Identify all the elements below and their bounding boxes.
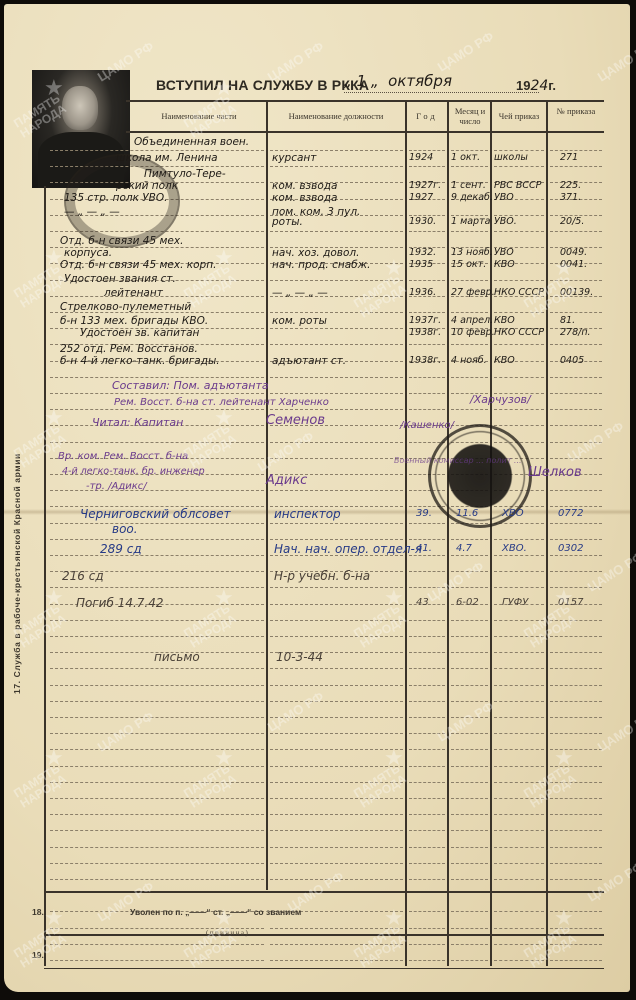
ruled-line [550,928,602,929]
ruled-line [494,847,544,848]
table-bottom-rule [44,968,604,969]
star-watermark-icon: ★ [214,586,234,611]
ruled-line [270,830,403,831]
later-entry-unit: воо. [112,522,138,536]
later-entry-order-by: ХВО [502,507,524,521]
read-by-name: /Кашенко/ [400,419,454,433]
entry-month-day: 10 февр. [451,326,495,340]
ruled-line [494,344,544,345]
ruled-line [50,717,264,718]
later-entry-unit: 289 сд [100,542,142,556]
ruled-line [50,393,264,394]
section-18-rule [44,891,604,893]
star-watermark-icon: ★ [214,246,234,271]
ruled-line [451,960,488,961]
ruled-line [270,749,403,750]
ruled-line [409,685,445,686]
compiled-by-line2: Рем. Восст. б-на ст. лейтенант Харченко [114,396,329,410]
ruled-line [50,555,264,556]
entry-order-no: 271 [560,151,578,165]
header-bottom-rule [126,131,604,133]
archive-watermark: ЦАМО РФ [595,38,636,84]
entry-position: роты. [272,215,303,229]
ruled-line [270,328,403,329]
entry-year: 1938г. [409,326,441,340]
ruled-line [270,620,403,621]
ruled-line [50,944,264,945]
col-divider-year [447,100,449,966]
left-margin-line [44,186,46,966]
ruled-line [50,685,264,686]
later-entry-year: 39. [416,507,432,521]
ruled-line [550,280,602,281]
project-watermark: ПАМЯТЬНАРОДА [182,422,239,470]
entry-day: „ 1 „ [344,72,379,90]
ruled-line [451,620,488,621]
ruled-line [50,863,264,864]
watermark-line2: НАРОДА [188,272,238,310]
archive-watermark: ЦАМО РФ [95,708,156,754]
ruled-line [451,652,488,653]
ruled-line [494,879,544,880]
entry-order-no: 371. [560,191,581,205]
ruled-line [409,571,445,572]
ruled-line [50,830,264,831]
read-by-line: Читал: Капитан [92,416,183,430]
commander-line3: -тр. /Адикс/ [86,480,147,494]
col-divider-month [490,100,492,966]
ruled-line [494,425,544,426]
ruled-line [409,782,445,783]
later-entry-unit: Черниговский облсовет [80,507,231,521]
ruled-line [409,766,445,767]
ruled-line [409,312,445,313]
entry-month-day: 1 марта [451,215,490,229]
entry-unit: Удостоен звания ст. [64,272,176,286]
entry-year: 1938г. [409,354,441,368]
ruled-line [270,166,403,167]
ruled-line [270,685,403,686]
entry-month-day: 27 февр. [451,286,495,300]
ruled-line [451,701,488,702]
ruled-line [451,766,488,767]
ruled-line [494,377,544,378]
ruled-line [409,814,445,815]
ruled-line [494,749,544,750]
dismissal-reason-label: (причина) [206,929,249,937]
ruled-line [494,830,544,831]
ruled-line [409,717,445,718]
entry-position: — „ — „ — [272,286,328,300]
compiled-by-line1: Составил: Пом. адъютанта [112,379,269,393]
ruled-line [494,814,544,815]
ruled-line [50,798,264,799]
ruled-line [550,636,602,637]
header-month-day: Месяц и число [450,106,490,126]
ruled-line [550,766,602,767]
ruled-line [494,782,544,783]
ruled-line [409,944,445,945]
watermark-line2: НАРОДА [358,932,408,970]
ruled-line [451,344,488,345]
star-watermark-icon: ★ [384,586,404,611]
watermark-line2: НАРОДА [188,932,238,970]
ruled-line [494,539,544,540]
entry-order-no: 0405 [560,354,584,368]
ruled-line [50,701,264,702]
ruled-line [409,863,445,864]
ruled-line [550,312,602,313]
ruled-line [494,701,544,702]
ruled-line [451,539,488,540]
ruled-line [451,830,488,831]
ruled-line [550,620,602,621]
ruled-line [550,490,602,491]
ruled-line [270,782,403,783]
ruled-line [270,231,403,232]
ruled-line [50,442,264,443]
ruled-line [409,701,445,702]
ruled-line [494,685,544,686]
ruled-line [550,652,602,653]
ruled-line [270,377,403,378]
ruled-line [550,166,602,167]
ruled-line [550,377,602,378]
ruled-line [409,231,445,232]
archive-watermark: ЦАМО РФ [265,688,326,734]
ruled-line [409,166,445,167]
archive-watermark: ЦАМО РФ [435,698,496,744]
watermark-line2: НАРОДА [358,772,408,810]
project-watermark: ПАМЯТЬНАРОДА [522,922,579,970]
ruled-line [270,960,403,961]
entry-order-no: 20/5. [560,215,584,229]
ruled-line [409,847,445,848]
ruled-line [409,539,445,540]
ruled-line [409,749,445,750]
ruled-line [550,717,602,718]
ruled-line [451,668,488,669]
entry-position: курсант [272,151,316,165]
entry-month-day: 1 окт. [451,151,480,165]
ruled-line [494,766,544,767]
stamp-signature: Шелков [528,466,582,480]
entry-unit: 135 стр. полк УВО. [64,191,168,205]
entry-order-by: школы [494,151,528,165]
ruled-line [50,377,264,378]
ruled-line [50,523,264,524]
ruled-line [409,798,445,799]
header-position: Наименование должности [268,111,404,121]
ruled-line [550,539,602,540]
ruled-line [270,344,403,345]
header-unit: Наименование части [134,111,264,121]
ruled-line [550,863,602,864]
ruled-line [270,944,403,945]
later-entry-year: 43 [416,596,429,610]
year-suffix: 24 [530,78,548,94]
ruled-line [270,733,403,734]
ruled-line [409,911,445,912]
ruled-line [494,231,544,232]
header-year: Год [407,111,447,121]
ruled-line [451,280,488,281]
col-divider-position [405,100,407,966]
ruled-line [270,766,403,767]
ruled-line [409,523,445,524]
ruled-line [409,668,445,669]
entry-year: 1930. [409,215,436,229]
later-entry-position: инспектор [274,507,341,521]
ruled-line [494,312,544,313]
ruled-line [270,847,403,848]
ruled-line [50,733,264,734]
ruled-line [550,733,602,734]
later-entry-order-by: ГУФУ [502,596,528,610]
entry-unit: б-н 4-й легко-танк. бригады. [60,354,220,368]
ruled-line [494,668,544,669]
entry-year: 1936. [409,286,436,300]
ruled-line [50,847,264,848]
entry-position: адъютант ст. [272,354,346,368]
ruled-line [550,814,602,815]
entry-month-day: 9 декаб. [451,191,493,205]
ruled-line [550,344,602,345]
col-divider-unit [266,100,268,890]
entry-order-by: КВО [494,258,515,272]
read-by-signature: Семенов [266,414,325,428]
ruled-line [494,636,544,637]
entry-order-no: 0041. [560,258,587,272]
ruled-line [270,701,403,702]
ruled-line [270,442,403,443]
entry-year: 1927 [409,191,433,205]
ruled-line [270,928,403,929]
later-entry-order-no: 0772 [558,507,583,521]
ruled-line [270,393,403,394]
ruled-line [451,847,488,848]
ruled-line [409,960,445,961]
section-18-number: 18. [32,907,44,917]
ruled-line [494,944,544,945]
entry-order-by: УВО [494,191,514,205]
ruled-line [50,960,264,961]
entry-year: 1924 [409,151,433,165]
later-entry-unit: 216 сд [62,569,104,583]
entry-year: 1924г. [516,78,556,94]
ruled-line [550,798,602,799]
entry-order-by: НКО СССР [494,286,544,300]
ruled-line [494,928,544,929]
ruled-line [494,911,544,912]
ruled-line [494,280,544,281]
ruled-line [50,814,264,815]
project-watermark: ПАМЯТЬНАРОДА [352,602,409,650]
ruled-line [451,782,488,783]
entry-order-by: НКО СССР [494,326,544,340]
archive-watermark: ЦАМО РФ [255,428,316,474]
ruled-line [494,960,544,961]
ruled-line [451,636,488,637]
ruled-line [550,960,602,961]
ruled-line [550,458,602,459]
ruled-line [270,604,403,605]
ruled-line [451,587,488,588]
ruled-line [409,620,445,621]
watermark-line1: ПАМЯТЬ [352,272,402,310]
watermark-line1: ПАМЯТЬ [182,762,232,800]
ruled-line [451,409,488,410]
project-watermark: ПАМЯТЬНАРОДА [182,602,239,650]
ruled-line [409,928,445,929]
ruled-line [494,717,544,718]
entry-year: 1935 [409,258,433,272]
ruled-line [494,587,544,588]
ruled-line [451,798,488,799]
watermark-line1: ПАМЯТЬ [12,762,62,800]
star-watermark-icon: ★ [384,256,404,281]
entry-month: октября [388,72,452,90]
ruled-line [451,733,488,734]
ruled-line [451,377,488,378]
ruled-line [270,490,403,491]
ruled-line [494,571,544,572]
dismissal-text: Уволен по п. „——“ ст. „——“ со званием [130,907,301,917]
later-entry-position: 10-3-44 [276,650,323,664]
entry-order-by: КВО [494,354,515,368]
ruled-line [270,814,403,815]
entry-position: нач. прод. снабж. [272,258,370,272]
ruled-line [494,652,544,653]
photo-face [62,86,98,130]
ruled-line [409,409,445,410]
ruled-line [409,344,445,345]
year-prefix: 19 [516,78,530,93]
later-entry-order-no: 0302 [558,542,583,556]
watermark-line2: НАРОДА [528,772,578,810]
entry-position: ком. роты [272,314,327,328]
watermark-line2: НАРОДА [358,612,408,650]
ruled-line [494,863,544,864]
header-order-by: Чей приказ [492,111,546,121]
ruled-line [270,636,403,637]
ruled-line [550,571,602,572]
ruled-line [409,652,445,653]
ruled-line [50,587,264,588]
entry-unit: — „ — „ — [64,205,120,219]
ruled-line [409,587,445,588]
ruled-line [550,879,602,880]
ruled-line [270,587,403,588]
ruled-line [270,312,403,313]
entry-unit: Объединенная воен. [134,135,249,149]
section-19-number: 19. [32,950,44,960]
ruled-line [494,733,544,734]
entry-order-no: 278/п. [560,326,591,340]
ruled-line [494,409,544,410]
ruled-line [494,166,544,167]
ruled-line [550,685,602,686]
entry-unit: школа им. Ленина [116,151,218,165]
entry-month-day: 15 окт. [451,258,486,272]
project-watermark: ПАМЯТЬНАРОДА [522,762,579,810]
ruled-line [550,782,602,783]
archive-watermark: ЦАМО РФ [595,708,636,754]
ruled-line [550,442,602,443]
project-watermark: ПАМЯТЬНАРОДА [182,762,239,810]
ruled-line [409,377,445,378]
ruled-line [550,668,602,669]
later-entry-month-day: 4.7 [456,542,472,556]
commander-signature: Адикс [266,474,307,488]
ruled-line [451,749,488,750]
star-watermark-icon: ★ [44,586,64,611]
ruled-line [550,911,602,912]
entry-position: ком. взвода [272,191,337,205]
ruled-line [50,636,264,637]
entry-unit: Отд. б-н связи 45 мех. корп. [60,258,216,272]
header-order-no: № приказа [550,106,602,116]
ruled-line [409,393,445,394]
ruled-line [50,620,264,621]
later-entry-month-day: 6-02 [456,596,479,610]
ruled-line [270,458,403,459]
ruled-line [550,830,602,831]
ruled-line [451,166,488,167]
ruled-line [451,814,488,815]
entry-unit: лейтенант [104,286,163,300]
section-17-label: 17. Служба в рабоче-крестьянской Красной… [12,453,22,694]
archive-watermark: ЦАМО РФ [95,878,156,924]
ruled-line [50,749,264,750]
ruled-line [550,847,602,848]
table-top-rule [126,100,604,102]
later-entry-unit: Погиб 14.7.42 [76,596,164,610]
ruled-line [270,668,403,669]
ruled-line [451,911,488,912]
year-unit: г. [548,78,556,93]
page-title: ВСТУПИЛ НА СЛУЖБУ В РККА [156,77,369,93]
ruled-line [50,539,264,540]
later-entry-unit: письмо [154,650,200,664]
ruled-line [494,798,544,799]
ruled-line [550,425,602,426]
ruled-line [550,409,602,410]
watermark-line2: НАРОДА [188,772,238,810]
ruled-line [451,312,488,313]
commander-line1: Вр. ком. Рем. Восст. б-на [58,450,188,464]
ruled-line [451,231,488,232]
entry-unit: Удостоен зв. капитан [80,326,199,340]
later-entry-position: Нач. нач. опер. отдел-я [274,542,422,556]
stamp-text-block: Военный комиссар ... полит ... [394,454,522,468]
ruled-line [451,717,488,718]
ruled-line [50,668,264,669]
section-19-rule [44,934,604,936]
project-watermark: ПАМЯТЬНАРОДА [352,922,409,970]
later-entry-order-by: ХВО. [502,542,527,556]
ruled-line [550,749,602,750]
ruled-line [270,717,403,718]
ruled-line [270,523,403,524]
watermark-line1: ПАМЯТЬ [352,762,402,800]
watermark-line2: НАРОДА [188,612,238,650]
ruled-line [409,733,445,734]
ruled-line [550,944,602,945]
watermark-line2: НАРОДА [528,612,578,650]
watermark-line1: ПАМЯТЬ [182,422,232,460]
ruled-line [550,231,602,232]
